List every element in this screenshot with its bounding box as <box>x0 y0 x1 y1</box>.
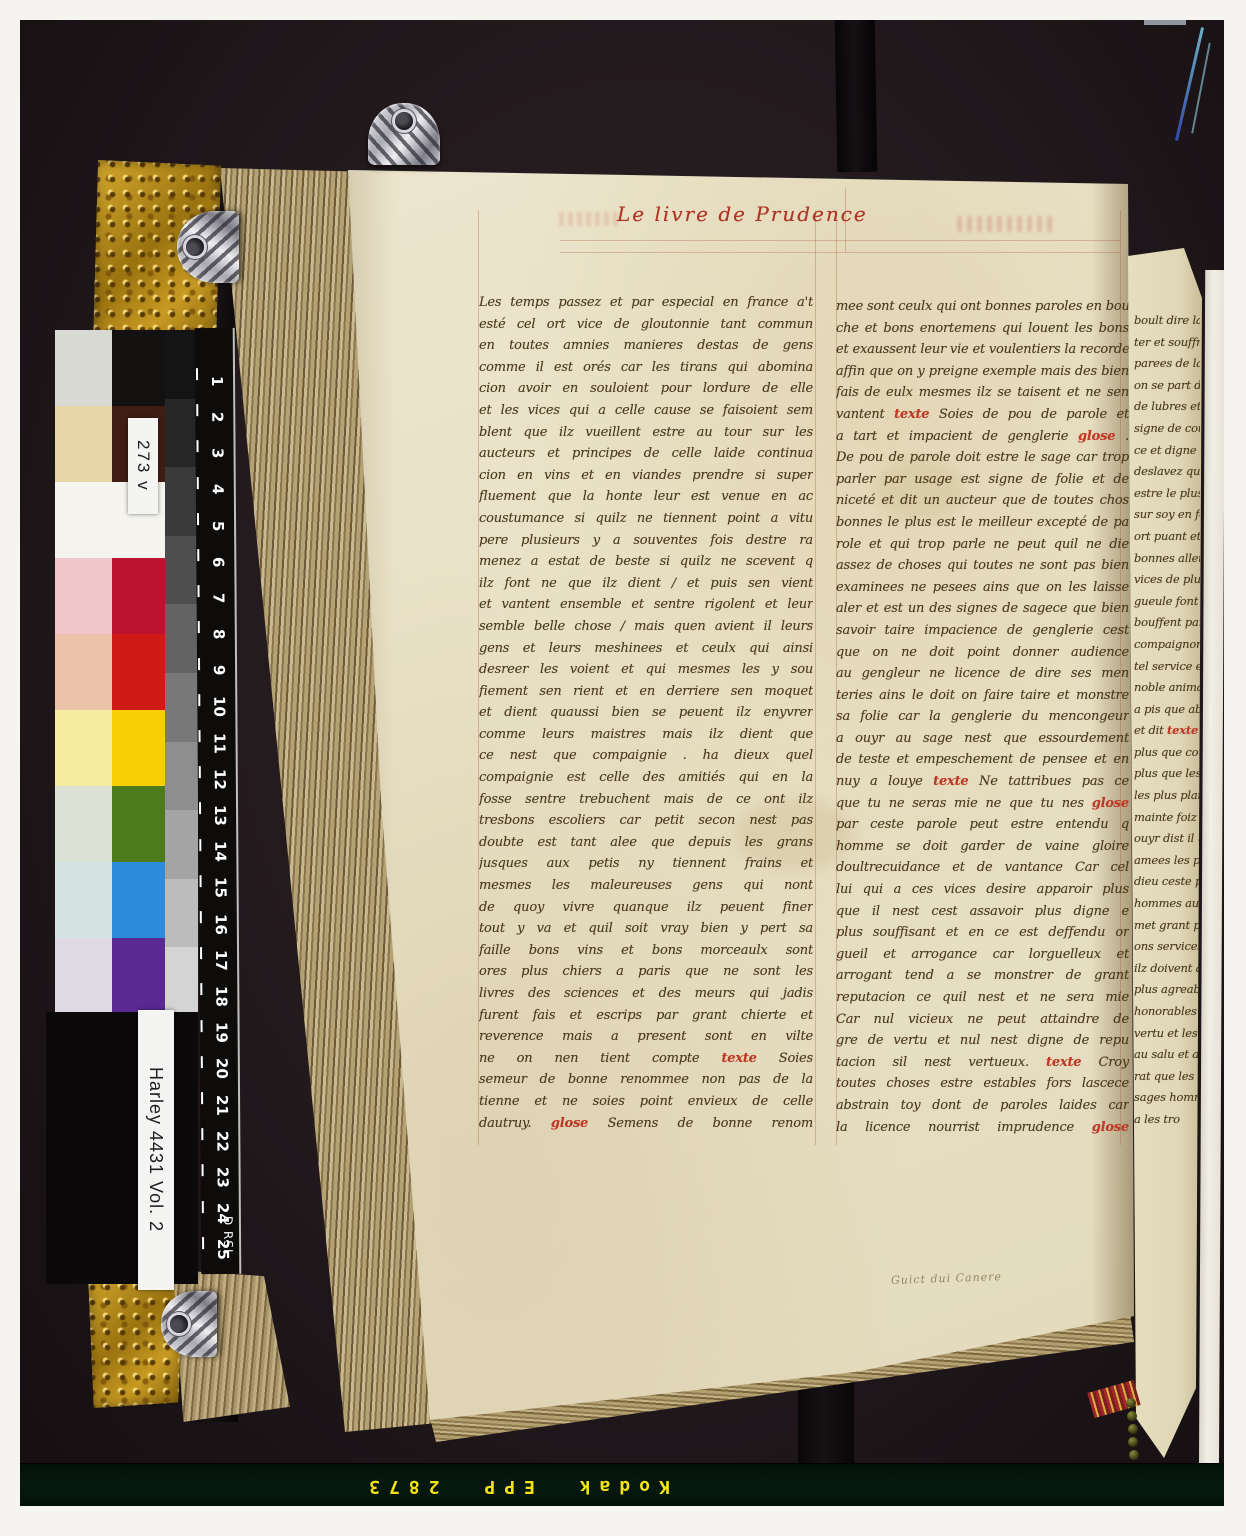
text-run: noble animal qu <box>1134 680 1200 694</box>
manuscript-line: que tu ne seras mie ne que tu nes glose <box>836 793 1129 815</box>
text-run: comme il est orés car les tirans qui abo… <box>479 360 813 375</box>
text-run: fais de eulx mesmes ilz se taisent et ne… <box>836 385 1129 400</box>
color-patch-tint <box>55 862 112 938</box>
manuscript-line: vantent texte Soies de pou de parole et <box>836 404 1129 426</box>
text-run: gueule font ant <box>1134 594 1200 608</box>
manuscript-line: mainte foiz les <box>1134 807 1200 829</box>
manuscript-line: et dient quaussi bien se peuent ilz enyv… <box>479 702 813 724</box>
text-run: sages hommes <box>1134 1090 1200 1104</box>
text-run: a ouyr au sage nest que essourdement <box>836 731 1129 746</box>
text-run: che et bons enortemens qui louent les bo… <box>836 321 1129 336</box>
text-run: jusques aux petis ny tiennent frains et <box>479 856 813 871</box>
manuscript-line: fosse sentre trebuchent mais de ce ont i… <box>479 789 813 811</box>
shelfmark-label: Harley 4431 Vol. 2 <box>138 1010 174 1290</box>
manuscript-line: mee sont ceulx qui ont bonnes paroles en… <box>836 296 1129 318</box>
text-run: ouyr dist il qu <box>1134 831 1200 845</box>
ink-showthrough <box>559 212 621 226</box>
manuscript-line: hommes aux qu <box>1134 893 1200 915</box>
text-run: bonnes le plus est le meilleur excepté d… <box>836 515 1129 530</box>
facing-page-text: boult dire laucteurter et souffrir expar… <box>1134 310 1200 1131</box>
text-run: dautruy. <box>479 1116 551 1131</box>
text-run: S <box>1198 723 1200 737</box>
manuscript-line: Les temps passez et par especial en fran… <box>479 292 813 314</box>
text-run: Ne tattribues pas ce <box>968 774 1129 789</box>
manuscript-line: au salu et a futu <box>1134 1044 1200 1066</box>
text-run: parler par usage est signe de folie et d… <box>836 472 1129 487</box>
manuscript-line: de quoy vivre quanque ilz peuent finer <box>479 897 813 919</box>
text-run: examinees ne pesees ains que on les lais… <box>836 580 1129 595</box>
gray-step <box>165 673 198 742</box>
text-run: et les vices qui a celle cause se faisoi… <box>479 403 813 418</box>
text-run: la licence nourrist imprudence <box>836 1120 1092 1135</box>
manuscript-line: arrogant tend a se monstrer de grant <box>836 965 1129 987</box>
bead <box>1127 1411 1137 1421</box>
manuscript-line: teries ains le doit on faire taire et mo… <box>836 685 1129 707</box>
manuscript-line: a les tro <box>1134 1109 1200 1131</box>
ruler-number: 5 <box>206 511 230 541</box>
manuscript-line: la licence nourrist imprudence glose <box>836 1117 1129 1139</box>
manuscript-line: Car nul vicieux ne peut attaindre de <box>836 1009 1129 1031</box>
ruler-number: 2 <box>205 402 229 432</box>
manuscript-line: toutes choses estre estables fors lascec… <box>836 1073 1129 1095</box>
text-run: rat que les plai <box>1134 1069 1200 1083</box>
manuscript-line: lui qui a ces vices desire apparoir plus <box>836 879 1129 901</box>
text-column-right: mee sont ceulx qui ont bonnes paroles en… <box>836 296 1129 1138</box>
ruler-number: 13 <box>208 800 232 830</box>
manuscript-line: blent que ilz vueillent estre au tour su… <box>479 422 813 444</box>
chart-row <box>55 330 165 406</box>
manuscript-line: livres des sciences et des meurs qui jad… <box>479 983 813 1005</box>
text-run: Soies de pou de parole et <box>929 407 1129 422</box>
rubric-word: glose <box>1078 429 1115 444</box>
manuscript-line: mesmes les maleureuses gens qui nont <box>479 875 813 897</box>
manuscript-line: compaignons et <box>1134 634 1200 656</box>
manuscript-line: amees les plus <box>1134 850 1200 872</box>
color-patch-tint <box>55 938 112 1014</box>
rubric-word: texte <box>1167 723 1198 737</box>
gray-step <box>165 604 198 673</box>
color-patch-tint <box>55 710 112 786</box>
rubric-word: glose <box>1092 1120 1129 1135</box>
text-run: a les tro <box>1134 1112 1180 1126</box>
text-run: Semens de bonne renom <box>588 1116 813 1131</box>
chart-backing-panel <box>46 1012 198 1284</box>
chart-row <box>55 634 165 710</box>
manuscript-line: dieu ceste parol <box>1134 871 1200 893</box>
text-run: furent fais et escrips par grant chierte… <box>479 1008 813 1023</box>
text-run: tresbons escoliers car petit secon nest … <box>479 813 813 828</box>
manuscript-line: abstrain toy dont de paroles laides car <box>836 1095 1129 1117</box>
ruler-number: 18 <box>209 981 233 1011</box>
manuscript-line: doultrecuidance et de vantance Car cel <box>836 857 1129 879</box>
manuscript-line: semble belle chose / mais quen avient il… <box>479 616 813 638</box>
manuscript-line: faille bons vins et bons morceaulx sont <box>479 940 813 962</box>
film-edge-label: Kodak EPP 2873 <box>300 1471 730 1497</box>
ruler-number: 24 <box>211 1198 235 1228</box>
text-run: sur soy en font ce <box>1134 507 1200 521</box>
text-run: doubte est tant alee que depuis les gran… <box>479 835 813 850</box>
manuscript-line: signe de courage <box>1134 418 1200 440</box>
manuscript-line: tacion sil nest vertueux. texte Croy <box>836 1052 1129 1074</box>
text-run: et dient quaussi bien se peuent ilz enyv… <box>479 705 813 720</box>
color-patch-solid <box>112 710 165 786</box>
text-run: doultrecuidance et de vantance Car cel <box>836 860 1129 875</box>
text-run: niceté et dit un aucteur que de toutes c… <box>836 493 1129 508</box>
text-run: aler et est un des signes de sagece que … <box>836 601 1129 616</box>
color-patch-solid <box>112 862 165 938</box>
manuscript-line: noble animal qu <box>1134 677 1200 699</box>
manuscript-line: on se part de lee <box>1134 375 1200 397</box>
text-run: estre le plus dig <box>1134 486 1200 500</box>
text-run: fosse sentre trebuchent mais de ce ont i… <box>479 792 813 807</box>
manuscript-line: honorables et pr <box>1134 1001 1200 1023</box>
text-run: amees les plus <box>1134 853 1200 867</box>
color-patch-tint <box>55 558 112 634</box>
text-run: lui qui a ces vices desire apparoir plus <box>836 882 1129 897</box>
folio-label: 273 v <box>128 418 158 514</box>
ink-showthrough <box>957 216 1053 232</box>
text-run: gueil et arrogance car lorguelleux et <box>836 947 1129 962</box>
text-run: affin que on y preigne exemple mais des … <box>836 364 1129 379</box>
manuscript-line: comme leurs maistres mais ilz dient que <box>479 724 813 746</box>
text-run: homme se doit garder de vaine gloire <box>836 839 1129 854</box>
manuscript-line: nuy a louye texte Ne tattribues pas ce <box>836 771 1129 793</box>
manuscript-line: et exaussent leur vie et voulentiers la … <box>836 339 1129 361</box>
color-patch-solid <box>112 330 165 406</box>
manuscript-line: affin que on y preigne exemple mais des … <box>836 361 1129 383</box>
manuscript-line: desreer les voient et qui mesmes les y s… <box>479 659 813 681</box>
ruler-number: 9 <box>207 655 231 685</box>
text-run: cion avoir en souloient pour lordure de … <box>479 381 813 396</box>
manuscript-line: jusques aux petis ny tiennent frains et <box>479 853 813 875</box>
text-run: plus agreable le <box>1134 982 1200 996</box>
manuscript-line: pere plusieurs y a souventes fois destre… <box>479 530 813 552</box>
text-run: gens et leurs meshinees et ceulx qui ain… <box>479 641 813 656</box>
text-run: role et qui trop parle ne peut quil ne d… <box>836 537 1129 552</box>
text-run: De pou de parole doit estre le sage car … <box>836 450 1129 465</box>
manuscript-line: sur soy en font ce <box>1134 504 1200 526</box>
text-run: de lubres et deli <box>1134 399 1200 413</box>
text-run: arrogant tend a se monstrer de grant <box>836 968 1129 983</box>
color-patch-tint <box>55 406 112 482</box>
manuscript-line: bouffent par or <box>1134 612 1200 634</box>
gray-step <box>165 399 198 468</box>
manuscript-line: a tart et impacient de genglerie glose . <box>836 426 1129 448</box>
manuscript-line: furent fais et escrips par grant chierte… <box>479 1005 813 1027</box>
text-run: compaignons et <box>1134 637 1200 651</box>
text-run: plus que courtoi <box>1134 745 1200 759</box>
manuscript-line: cion en vins et en viandes prendre si su… <box>479 465 813 487</box>
manuscript-line: reverence mais a present sont en vilte <box>479 1026 813 1048</box>
manuscript-line: ter et souffrir ex <box>1134 332 1200 354</box>
ruling-line <box>560 240 1120 241</box>
manuscript-line: boult dire laucteur <box>1134 310 1200 332</box>
text-run: que on ne doit point donner audience <box>836 645 1129 660</box>
text-run: boult dire laucteur <box>1134 313 1200 327</box>
rubric-word: texte <box>1046 1055 1081 1070</box>
text-run: Les temps passez et par especial en fran… <box>479 295 813 310</box>
ruler-number: 16 <box>209 909 233 939</box>
text-run: aucteurs et principes de celle laide con… <box>479 446 813 461</box>
text-run: signe de courage <box>1134 421 1200 435</box>
text-run: bonnes alletez qu <box>1134 551 1200 565</box>
manuscript-line: ilz font ne que ilz dient / et puis sen … <box>479 573 813 595</box>
film-mark <box>1144 20 1186 25</box>
text-run: tienne et ne soies point envieux de cell… <box>479 1094 813 1109</box>
text-run: vices de plusieur <box>1134 572 1200 586</box>
bead <box>1129 1450 1139 1460</box>
text-run: hommes aux qu <box>1134 896 1200 910</box>
ruler-number: 17 <box>209 945 233 975</box>
running-title: Le livre de Prudence <box>617 202 857 232</box>
rubric-word: glose <box>1092 796 1129 811</box>
text-run: reputacion ce quil nest et ne sera mie <box>836 990 1129 1005</box>
gray-step <box>165 810 198 879</box>
text-run: desreer les voient et qui mesmes les y s… <box>479 662 813 677</box>
color-patch-tint <box>55 482 112 558</box>
manuscript-line: deslavez qui de l <box>1134 461 1200 483</box>
text-run: semble belle chose / mais quen avient il… <box>479 619 813 634</box>
color-patch-tint <box>55 786 112 862</box>
text-run: parees de laines <box>1134 356 1200 370</box>
manuscript-line: tienne et ne soies point envieux de cell… <box>479 1091 813 1113</box>
ruler-number: 22 <box>210 1126 234 1156</box>
text-run: assez de choses qui toutes ne sont pas b… <box>836 558 1129 573</box>
text-run: de quoy vivre quanque ilz peuent finer <box>479 900 813 915</box>
mounting-strap-top <box>835 20 878 172</box>
manuscript-line: plus que courtoi <box>1134 742 1200 764</box>
manuscript-line: menez a estat de beste si quilz ne sceve… <box>479 551 813 573</box>
manuscript-line: bonnes alletez qu <box>1134 548 1200 570</box>
manuscript-line: doubte est tant alee que depuis les gran… <box>479 832 813 854</box>
manuscript-line: gueil et arrogance car lorguelleux et <box>836 944 1129 966</box>
text-run: mainte foiz les <box>1134 810 1200 824</box>
manuscript-line: rat que les plai <box>1134 1066 1200 1088</box>
text-run: tout y va et quil soit vray bien y pert … <box>479 921 813 936</box>
manuscript-line: cion avoir en souloient pour lordure de … <box>479 378 813 400</box>
manuscript-line: plus souffisant et en ce est deffendu or <box>836 922 1129 944</box>
text-run: deslavez qui de l <box>1134 464 1200 478</box>
text-run: fiement sen rient et en derriere sen moq… <box>479 684 813 699</box>
ruler-number: 21 <box>210 1090 234 1120</box>
text-run: et vantent ensemble et sentre rigolent e… <box>479 597 813 612</box>
manuscript-line: met grant pein <box>1134 915 1200 937</box>
text-run: honorables et pr <box>1134 1004 1200 1018</box>
text-run: comme leurs maistres mais ilz dient que <box>479 727 813 742</box>
ruler-number: 3 <box>205 438 229 468</box>
ruler-number: 7 <box>206 583 230 613</box>
manuscript-line: examinees ne pesees ains que on les lais… <box>836 577 1129 599</box>
manuscript-line: vertu et les parol <box>1134 1023 1200 1045</box>
text-run: coustumance si quilz ne tiennent point a… <box>479 511 813 526</box>
ruler-number: 10 <box>207 692 231 722</box>
manuscript-line: de lubres et deli <box>1134 396 1200 418</box>
text-run: esté cel ort vice de gloutonnie tant com… <box>479 317 813 332</box>
text-run: vertu et les parol <box>1134 1026 1200 1040</box>
gray-step <box>165 330 198 399</box>
manuscript-line: semeur de bonne renommee non pas de la <box>479 1069 813 1091</box>
text-run: semeur de bonne renommee non pas de la <box>479 1072 813 1087</box>
color-patch-tint <box>55 634 112 710</box>
manuscript-line: coustumance si quilz ne tiennent point a… <box>479 508 813 530</box>
ruler-number: 8 <box>207 619 231 649</box>
manuscript-line: ons services et <box>1134 936 1200 958</box>
manuscript-line: assez de choses qui toutes ne sont pas b… <box>836 555 1129 577</box>
text-run: plus que les obe <box>1134 766 1200 780</box>
text-run: gre de vertu et nul nest digne de repu <box>836 1033 1129 1048</box>
ruler-number: 12 <box>208 764 232 794</box>
gray-step <box>165 536 198 605</box>
text-run: en toutes amnies manieres destas de gens <box>479 338 813 353</box>
manuscript-line: ce et digne et ce <box>1134 440 1200 462</box>
manuscript-line: tresbons escoliers car petit secon nest … <box>479 810 813 832</box>
text-run: savoir taire impacience de genglerie ces… <box>836 623 1129 638</box>
manuscript-line: che et bons enortemens qui louent les bo… <box>836 318 1129 340</box>
rubric-word: texte <box>721 1051 756 1066</box>
gray-step <box>165 742 198 811</box>
manuscript-line: a ouyr au sage nest que essourdement <box>836 728 1129 750</box>
text-run: mee sont ceulx qui ont bonnes paroles en… <box>836 299 1129 314</box>
text-run: a pis que abiste <box>1134 702 1200 716</box>
text-run: ne on nen tient compte <box>479 1051 721 1066</box>
ruler-number: 19 <box>210 1017 234 1047</box>
text-run: pere plusieurs y a souventes fois destre… <box>479 533 813 548</box>
text-run: Soies <box>757 1051 813 1066</box>
manuscript-line: ort puant et corr <box>1134 526 1200 548</box>
color-patch-solid <box>112 938 165 1014</box>
text-run: vantent <box>836 407 894 422</box>
ruler-number: 1 <box>205 366 229 396</box>
rubric-word: texte <box>894 407 929 422</box>
manuscript-line: ouyr dist il qu <box>1134 828 1200 850</box>
text-run: ce nest que compaignie . ha dieux quel <box>479 748 813 763</box>
manuscript-line: par ceste parole peut estre entendu q <box>836 814 1129 836</box>
text-run: . <box>1115 429 1129 444</box>
manuscript-line: fais de eulx mesmes ilz se taisent et ne… <box>836 382 1129 404</box>
manuscript-line: et les vices qui a celle cause se faisoi… <box>479 400 813 422</box>
text-run: ort puant et corr <box>1134 529 1200 543</box>
manuscript-line: et vantent ensemble et sentre rigolent e… <box>479 594 813 616</box>
gray-step <box>165 879 198 948</box>
manuscript-line: de teste et empeschement de pensee et en <box>836 749 1129 771</box>
measuring-ruler: D RSI 1234567891011121314151617181920212… <box>195 328 242 1274</box>
text-run: que tu ne seras mie ne que tu nes <box>836 796 1092 811</box>
ruler-number: 23 <box>211 1162 235 1192</box>
ruler-number: 6 <box>206 547 230 577</box>
text-run: plus souffisant et en ce est deffendu or <box>836 925 1129 940</box>
photograph-area: Le livre de Prudence Les temps passez et… <box>20 20 1224 1506</box>
manuscript-line: gueule font ant <box>1134 591 1200 613</box>
text-run: faille bons vins et bons morceaulx sont <box>479 943 813 958</box>
text-run: bouffent par or <box>1134 615 1200 629</box>
text-run: Car nul vicieux ne peut attaindre de <box>836 1012 1129 1027</box>
color-patch-tint <box>55 330 112 406</box>
manuscript-line: reputacion ce quil nest et ne sera mie <box>836 987 1129 1009</box>
chart-row <box>55 938 165 1014</box>
text-run: ce et digne et ce <box>1134 443 1200 457</box>
text-run: ons services et <box>1134 939 1200 953</box>
ruler-number: 4 <box>206 475 230 505</box>
manuscript-line: aucteurs et principes de celle laide con… <box>479 443 813 465</box>
text-run: au gengleur ne licence de dire ses men <box>836 666 1129 681</box>
facing-page-sliver: boult dire laucteurter et souffrir expar… <box>1128 248 1202 1468</box>
manuscript-line: parler par usage est signe de folie et d… <box>836 469 1129 491</box>
text-run: cion en vins et en viandes prendre si su… <box>479 468 813 483</box>
manuscript-line: parees de laines <box>1134 353 1200 375</box>
text-run: Croy <box>1081 1055 1129 1070</box>
manuscript-line: ne on nen tient compte texte Soies <box>479 1048 813 1070</box>
text-run: sa folie car la genglerie du mencongeur <box>836 709 1129 724</box>
bead <box>1128 1424 1138 1434</box>
chart-row <box>55 862 165 938</box>
owner-inscription: Guict dui Canere <box>891 1270 1002 1287</box>
manuscript-line: ilz doivent anco <box>1134 958 1200 980</box>
bead <box>1128 1437 1138 1447</box>
manuscript-line: compaignie est celle des amitiés qui en … <box>479 767 813 789</box>
manuscript-line: ce nest que compaignie . ha dieux quel <box>479 745 813 767</box>
text-run: fluement que la honte leur est venue en … <box>479 489 813 504</box>
text-run: abstrain toy dont de paroles laides car <box>836 1098 1129 1113</box>
text-run: et dit <box>1134 723 1167 737</box>
text-run: met grant pein <box>1134 918 1200 932</box>
manuscript-line: et dit texte S <box>1134 720 1200 742</box>
manuscript-line: ores plus chiers a paris que ne sont les <box>479 961 813 983</box>
manuscript-line: gens et leurs meshinees et ceulx qui ain… <box>479 638 813 660</box>
gray-step <box>165 467 198 536</box>
ruler-number: 20 <box>210 1054 234 1084</box>
text-run: compaignie est celle des amitiés qui en … <box>479 770 813 785</box>
manuscript-line: comme il est orés car les tirans qui abo… <box>479 357 813 379</box>
text-run: les plus plaisan <box>1134 788 1200 802</box>
manuscript-line: niceté et dit un aucteur que de toutes c… <box>836 490 1129 512</box>
manuscript-line: De pou de parole doit estre le sage car … <box>836 447 1129 469</box>
text-run: de teste et empeschement de pensee et en <box>836 752 1129 767</box>
manuscript-line: gre de vertu et nul nest digne de repu <box>836 1030 1129 1052</box>
text-run: ilz doivent anco <box>1134 961 1200 975</box>
text-run: tacion sil nest vertueux. <box>836 1055 1046 1070</box>
text-run: blent que ilz vueillent estre au tour su… <box>479 425 813 440</box>
manuscript-line: esté cel ort vice de gloutonnie tant com… <box>479 314 813 336</box>
text-run: menez a estat de beste si quilz ne sceve… <box>479 554 813 569</box>
manuscript-line: les plus plaisan <box>1134 785 1200 807</box>
text-run: que il nest cest assavoir plus digne e <box>836 904 1129 919</box>
ruler-number: 15 <box>209 873 233 903</box>
manuscript-line: bonnes le plus est le meilleur excepté d… <box>836 512 1129 534</box>
gray-step <box>165 947 198 1016</box>
manuscript-line: homme se doit garder de vaine gloire <box>836 836 1129 858</box>
chart-row <box>55 786 165 862</box>
manuscript-line: tout y va et quil soit vray bien y pert … <box>479 918 813 940</box>
manuscript-line: plus agreable le <box>1134 979 1200 1001</box>
color-patch-solid <box>112 786 165 862</box>
text-run: par ceste parole peut estre entendu q <box>836 817 1129 832</box>
chart-row <box>55 558 165 634</box>
film-edge-strip: Kodak EPP 2873 <box>20 1463 1224 1506</box>
manuscript-line: en toutes amnies manieres destas de gens <box>479 335 813 357</box>
manuscript-line: plus que les obe <box>1134 763 1200 785</box>
grayscale-strip <box>165 330 198 1016</box>
text-run: on se part de lee <box>1134 378 1200 392</box>
color-patch-solid <box>112 558 165 634</box>
text-run: ilz font ne que ilz dient / et puis sen … <box>479 576 813 591</box>
text-run: teries ains le doit on faire taire et mo… <box>836 688 1129 703</box>
manuscript-line: au gengleur ne licence de dire ses men <box>836 663 1129 685</box>
color-patch-solid <box>112 634 165 710</box>
bulldog-clip-top <box>368 103 440 165</box>
manuscript-line: que il nest cest assavoir plus digne e <box>836 901 1129 923</box>
manuscript-line: fluement que la honte leur est venue en … <box>479 486 813 508</box>
text-run: toutes choses estre estables fors lascec… <box>836 1076 1129 1091</box>
